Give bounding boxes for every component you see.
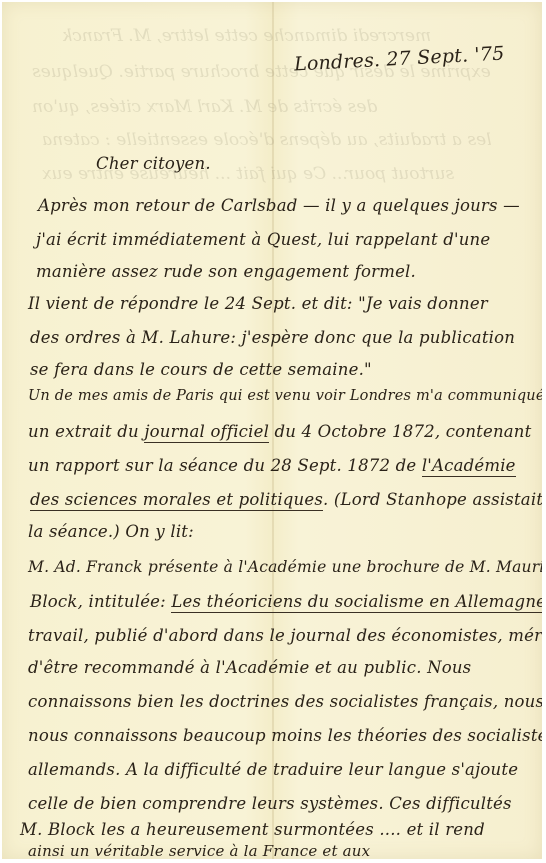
letter-text: . (Lord Stanhope assistait à: [323, 490, 542, 509]
letter-line: j'ai écrit immédiatement à Quest, lui ra…: [36, 230, 490, 249]
letter-line: un rapport sur la séance du 28 Sept. 187…: [28, 456, 516, 475]
letter-text: un extrait du: [28, 422, 144, 441]
letter-salutation: Cher citoyen.: [96, 154, 211, 173]
letter-page: mercredi dimanche cette lettre, M. Franc…: [2, 2, 542, 859]
underlined-journal-officiel: journal officiel: [144, 422, 269, 443]
underlined-academie: l'Académie: [422, 456, 516, 477]
letter-line: allemands. A la difficulté de traduire l…: [28, 760, 518, 779]
letter-line: d'être recommandé à l'Académie et au pub…: [28, 658, 471, 677]
letter-line: se fera dans le cours de cette semaine.": [30, 360, 372, 379]
letter-line: des ordres à M. Lahure: j'espère donc qu…: [30, 328, 515, 347]
letter-line: la séance.) On y lit:: [28, 522, 194, 541]
letter-line: Après mon retour de Carlsbad — il y a qu…: [38, 196, 520, 215]
letter-line: un extrait du journal officiel du 4 Octo…: [28, 422, 531, 441]
underlined-theoriciens: Les théoriciens du socialisme en Allemag…: [171, 592, 542, 613]
letter-line: M. Ad. Franck présente à l'Académie une …: [28, 558, 542, 576]
letter-text: un rapport sur la séance du 28 Sept. 187…: [28, 456, 422, 475]
letter-line: ainsi un véritable service à la France e…: [28, 842, 370, 859]
letter-line: des sciences morales et politiques. (Lor…: [30, 490, 542, 509]
bleed-through-line: mercredi dimanche cette lettre, M. Franc…: [62, 26, 431, 46]
letter-line: Un de mes amis de Paris qui est venu voi…: [28, 388, 542, 404]
bleed-through-line: les a traduits, au dépens d'école essent…: [42, 130, 492, 150]
letter-line: Il vient de répondre le 24 Sept. et dit:…: [28, 294, 488, 313]
letter-line: Block, intitulée: Les théoriciens du soc…: [30, 592, 542, 611]
letter-line: connaissons bien les doctrines des socia…: [28, 692, 542, 711]
letter-line: celle de bien comprendre leurs systèmes.…: [28, 794, 512, 813]
bleed-through-line: des écrits de M. Karl Marx citées, qu'on: [32, 97, 377, 117]
underlined-sciences-morales: des sciences morales et politiques: [30, 490, 323, 511]
letter-line: nous connaissons beaucoup moins les théo…: [28, 726, 542, 745]
letter-line: travail, publié d'abord dans le journal …: [28, 626, 542, 645]
letter-line: manière assez rude son engagement formel…: [36, 262, 416, 281]
letter-text: du 4 Octobre 1872, contenant: [269, 422, 531, 441]
letter-text: Block, intitulée:: [30, 592, 171, 611]
letter-line: M. Block les a heureusement surmontées .…: [20, 820, 485, 839]
